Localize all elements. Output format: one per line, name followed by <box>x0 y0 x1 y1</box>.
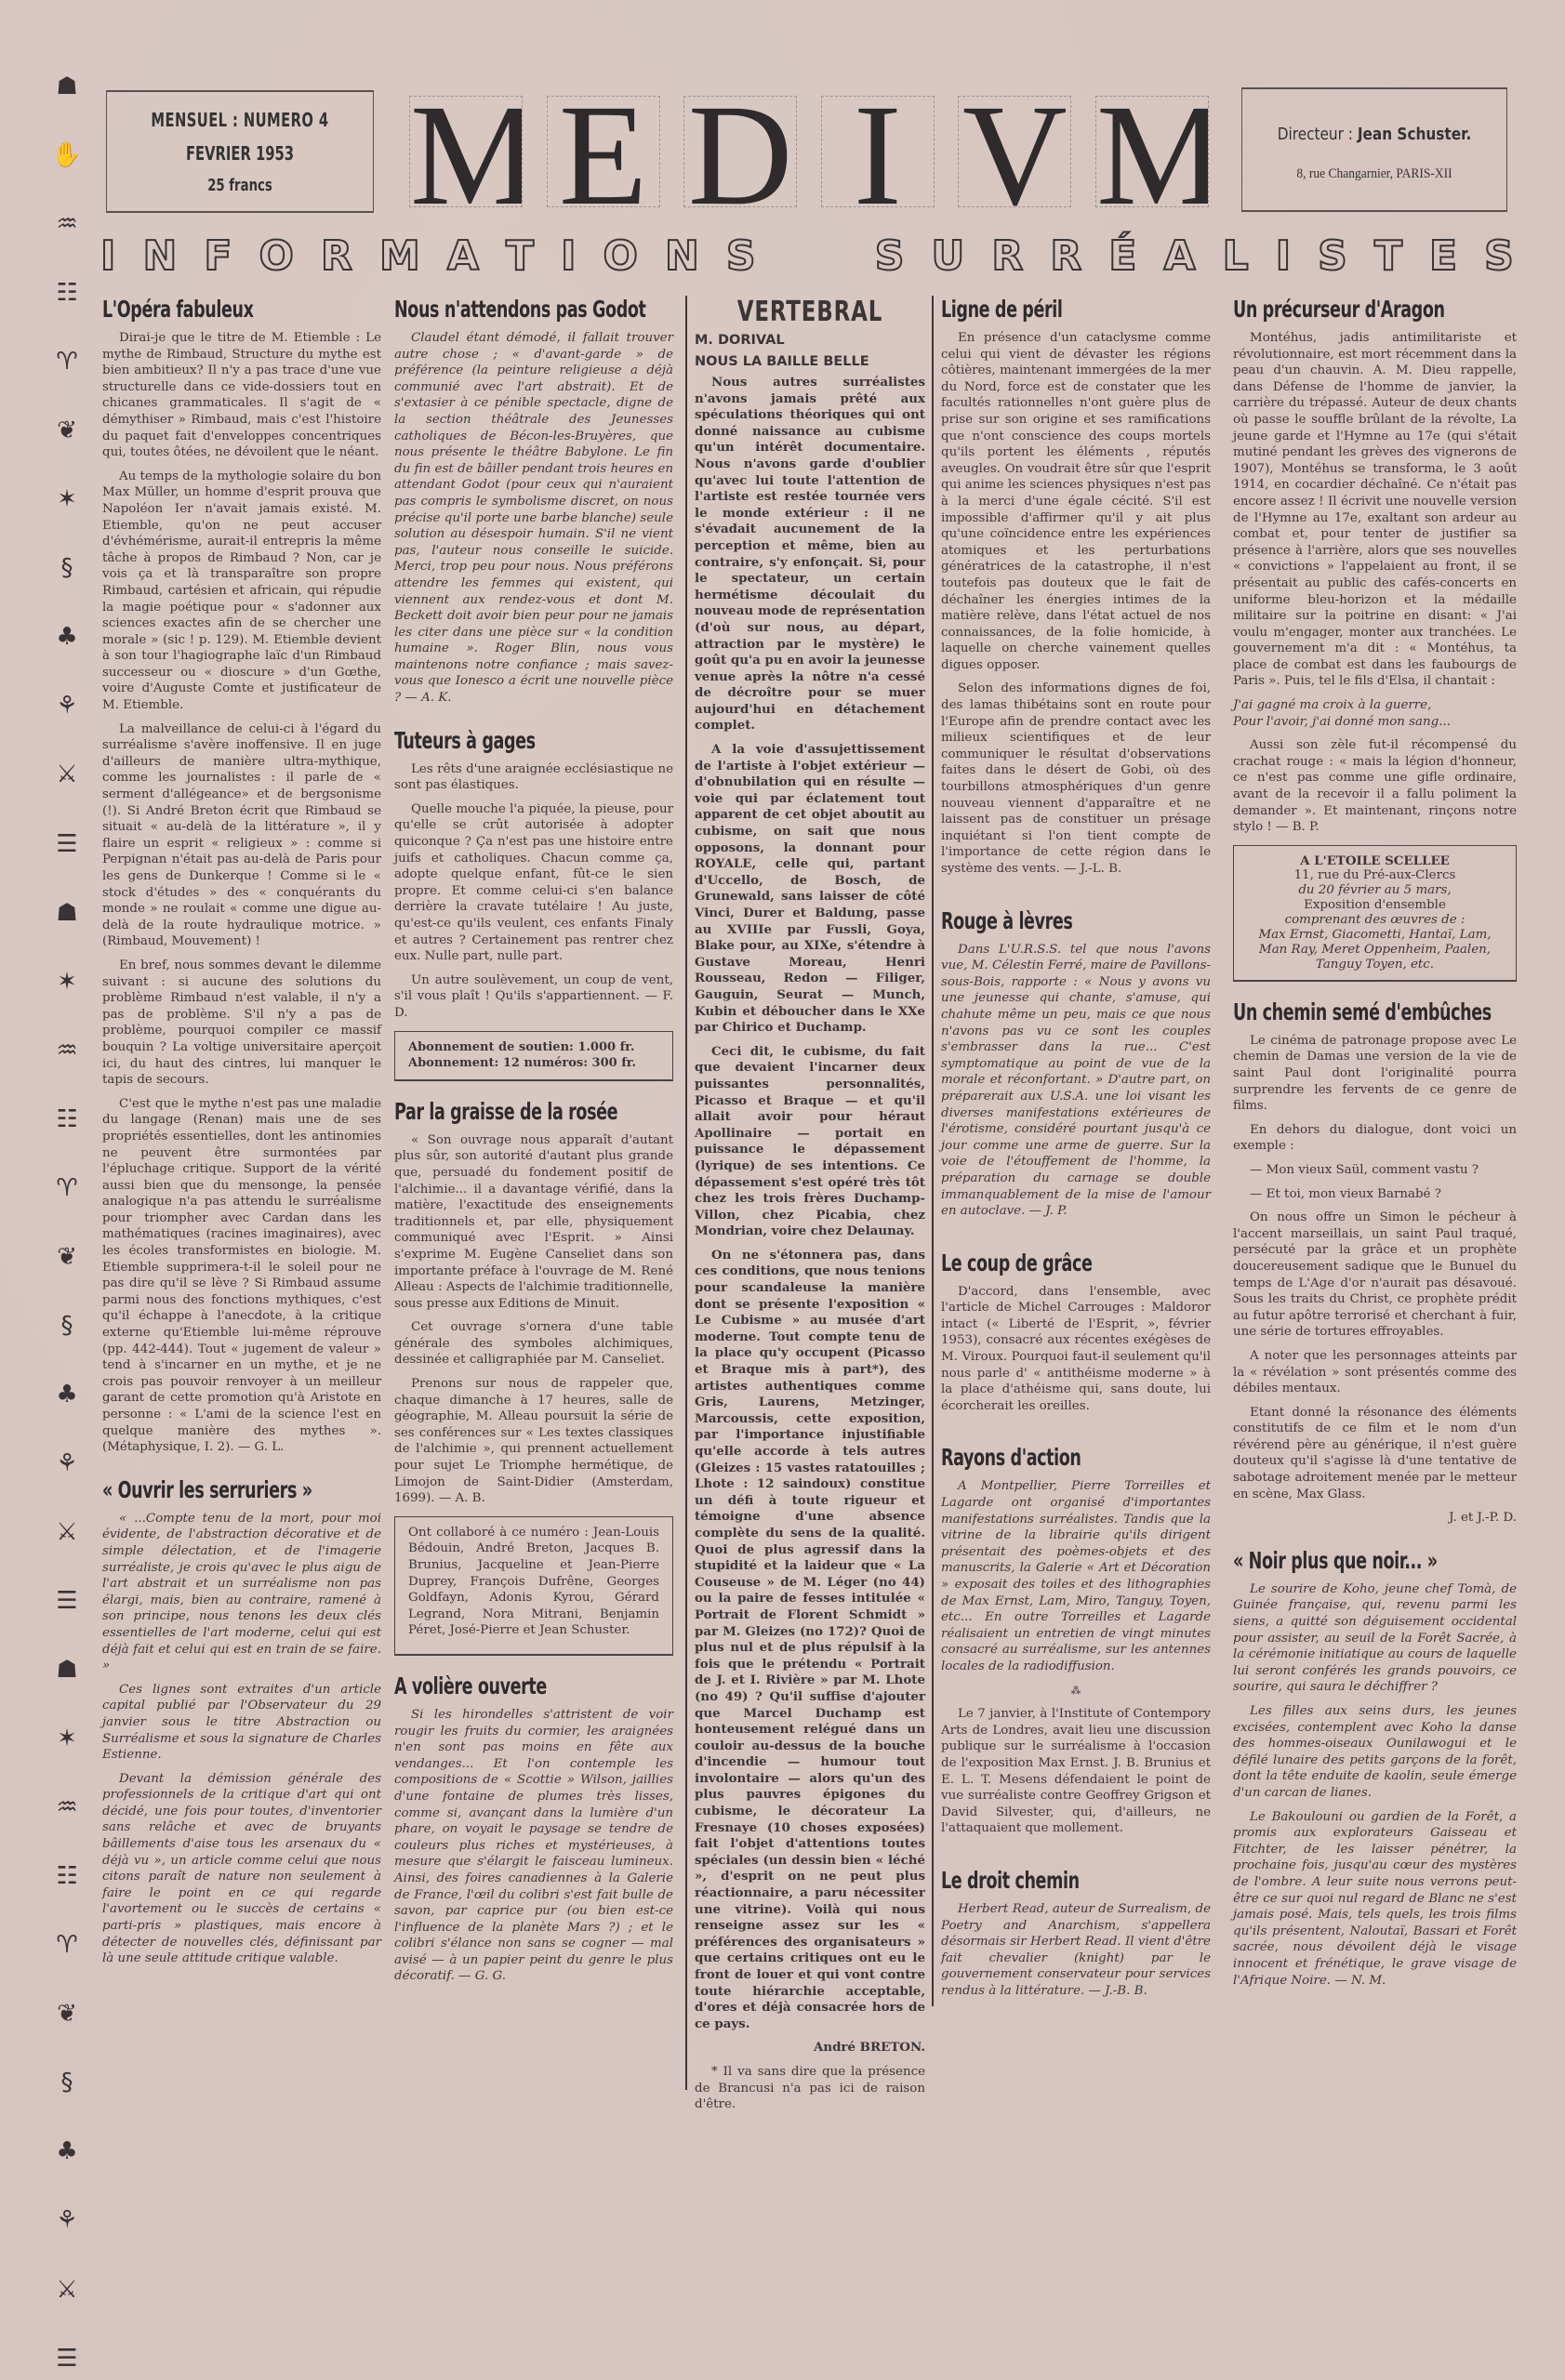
issue-info-box: MENSUEL : NUMERO 4 FEVRIER 1953 25 franc… <box>106 90 374 213</box>
snake-icon: § <box>61 2070 73 2095</box>
paragraph: Le Bakoulouni ou gardien de la Forêt, a … <box>1233 1809 1517 1990</box>
article-body: Si les hirondelles s'attristent de voir … <box>394 1707 673 1985</box>
signature: J. et J.-P. D. <box>1233 1510 1517 1527</box>
subtitle-letter: R <box>991 232 1023 280</box>
article-body: Le cinéma de patronage propose avec Le c… <box>1233 1033 1517 1502</box>
subtitle-letter: E <box>1429 232 1457 280</box>
fish-icon: ♒ <box>56 212 77 236</box>
asterism-separator: ⁂ <box>941 1683 1211 1699</box>
horn-icon: ♈ <box>56 1176 77 1200</box>
paragraph: Ceci dit, le cubisme, du fait que devaie… <box>695 1044 925 1240</box>
paragraph: Herbert Read, auteur de Surrealism, de P… <box>941 1901 1211 2000</box>
column-divider <box>932 296 934 2006</box>
subtitle-letter: L <box>1223 232 1249 280</box>
subtitle-letter: S <box>875 232 905 280</box>
comb-icon: ☰ <box>56 832 77 856</box>
article-subtitle: NOUS LA BAILLE BELLE <box>695 353 925 371</box>
signature: André BRETON. <box>695 2040 925 2056</box>
logo-letter: M <box>1095 96 1209 207</box>
paragraph: Etant donné la résonance des éléments co… <box>1233 1405 1517 1503</box>
subscription-regular: Abonnement: 12 numéros: 300 fr. <box>408 1055 659 1072</box>
medium-logo: M E D I V M <box>409 93 1209 209</box>
exhibition-address: 11, rue du Pré-aux-Clercs <box>1247 868 1503 883</box>
article-body: Herbert Read, auteur de Surrealism, de P… <box>941 1901 1211 2000</box>
logo-letter: I <box>821 96 935 207</box>
building-icon: ☷ <box>56 1864 77 1888</box>
subtitle-letter: N <box>142 232 177 280</box>
comb-icon: ☰ <box>56 1589 77 1613</box>
shell-icon: ❦ <box>57 1245 77 1269</box>
building-icon: ☷ <box>56 281 77 305</box>
snake-icon: § <box>61 556 73 580</box>
subtitle-letter: É <box>1108 232 1136 280</box>
paragraph: A Montpellier, Pierre Torreilles et Laga… <box>941 1478 1211 1674</box>
horn-icon: ♈ <box>56 1933 77 1957</box>
article-body: Dirai-je que le titre de M. Etiemble : L… <box>102 330 381 1456</box>
article-title: Ligne de péril <box>941 296 1151 323</box>
article-body: Les rêts d'une araignée ecclésiastique n… <box>394 761 673 1022</box>
paragraph: Le cinéma de patronage propose avec Le c… <box>1233 1033 1517 1115</box>
subtitle-letter: R <box>1050 232 1081 280</box>
article-subtitle: M. DORIVAL <box>695 332 925 350</box>
subtitle-letter: T <box>1374 232 1402 280</box>
paragraph: Les filles aux seins durs, les jeunes ex… <box>1233 1703 1517 1802</box>
director-name: Jean Schuster. <box>1358 125 1471 144</box>
logo-letter: E <box>547 96 660 207</box>
paragraph: Nous autres surréalistes n'avons jamais … <box>695 375 925 734</box>
subtitle-letter: T <box>506 232 534 280</box>
star-icon: ✶ <box>57 487 77 511</box>
tree-icon: ♣ <box>56 1382 77 1407</box>
paragraph: La malveillance de celui-ci à l'égard du… <box>102 721 381 950</box>
paragraph: Claudel étant démodé, il fallait trouver… <box>394 330 673 707</box>
subtitle-letter: A <box>1163 232 1195 280</box>
article-body: Nous autres surréalistes n'avons jamais … <box>695 375 925 2032</box>
article-title: Rouge à lèvres <box>941 907 1151 934</box>
subtitle-letter: N <box>665 232 699 280</box>
newspaper-page: ☗ ✋ ♒ ☷ ♈ ❦ ✶ § ♣ ⚘ ⚔ ☰ ☗ ✶ ♒ ☷ ♈ ❦ § ♣ … <box>0 0 1565 2380</box>
paragraph: « Son ouvrage nous apparaît d'autant plu… <box>394 1132 673 1313</box>
paragraph: A la voie d'assujettissement de l'artist… <box>695 742 925 1037</box>
article-title: Un chemin semé d'embûches <box>1233 998 1454 1025</box>
paragraph: Montéhus, jadis antimilitariste et révol… <box>1233 330 1517 690</box>
paragraph: Le sourire de Koho, jeune chef Tomà, de … <box>1233 1581 1517 1696</box>
article-title: Par la graisse de la rosée <box>394 1098 612 1125</box>
article-body: Dans L'U.R.S.S. tel que nous l'avons vue… <box>941 942 1211 1220</box>
logo-letter: M <box>409 96 523 207</box>
subtitle-letter: F <box>204 232 232 280</box>
paragraph: Devant la démission générale des profess… <box>102 1771 381 1967</box>
tree-icon: ♣ <box>56 625 77 649</box>
logo-letter: D <box>683 96 797 207</box>
subtitle-letter: M <box>379 232 420 280</box>
snake-icon: § <box>61 1314 73 1338</box>
article-title: « Noir plus que noir... » <box>1233 1547 1454 1574</box>
paragraph: En bref, nous sommes devant le dilemme s… <box>102 958 381 1089</box>
exhibition-type: Exposition d'ensemble <box>1247 898 1503 913</box>
article-title: Le coup de grâce <box>941 1249 1151 1276</box>
paragraph: Les rêts d'une araignée ecclésiastique n… <box>394 761 673 794</box>
article-title: Un précurseur d'Aragon <box>1233 296 1454 323</box>
paragraph: On nous offre un Simon le pécheur à l'ac… <box>1233 1210 1517 1341</box>
issue-number: MENSUEL : NUMERO 4 <box>131 109 350 131</box>
address: 8, rue Changarnier, PARIS-XII <box>1255 166 1493 182</box>
column-5: Un précurseur d'Aragon Montéhus, jadis a… <box>1233 296 1517 1996</box>
subtitle-letter: S <box>726 232 756 280</box>
director-box: Directeur : Jean Schuster. 8, rue Changa… <box>1241 87 1507 212</box>
column-divider <box>685 296 687 2090</box>
article-body: D'accord, dans l'ensemble, avec l'articl… <box>941 1284 1211 1415</box>
article-title: A volière ouverte <box>394 1673 612 1699</box>
subtitle-letter: S <box>1484 232 1514 280</box>
paragraph: Prenons sur nous de rappeler que, chaque… <box>394 1376 673 1507</box>
article-body: Le sourire de Koho, jeune chef Tomà, de … <box>1233 1581 1517 1989</box>
verse-line: Pour l'avoir, j'ai donné mon sang... <box>1233 714 1517 731</box>
star-icon: ✶ <box>57 1726 77 1751</box>
article-title: VERTEBRAL <box>712 296 908 328</box>
paragraph: Cet ouvrage s'ornera d'une table général… <box>394 1319 673 1368</box>
column-2: Nous n'attendons pas Godot Claudel étant… <box>394 296 673 1992</box>
exhibition-intro: comprenant des œuvres de : <box>1247 913 1503 928</box>
mask-icon: ☗ <box>56 1658 77 1682</box>
paragraph: Dans L'U.R.S.S. tel que nous l'avons vue… <box>941 942 1211 1220</box>
paragraph: En dehors du dialogue, dont voici un exe… <box>1233 1122 1517 1155</box>
logo-letter: V <box>958 96 1071 207</box>
fish-icon: ♒ <box>56 1038 77 1063</box>
article-title: Rayons d'action <box>941 1444 1151 1471</box>
issue-date: FEVRIER 1953 <box>131 142 350 165</box>
paragraph: D'accord, dans l'ensemble, avec l'articl… <box>941 1284 1211 1415</box>
article-body: « ...Compte tenu de la mort, pour moi év… <box>102 1511 381 1967</box>
subscription-box: Abonnement de soutien: 1.000 fr. Abonnem… <box>394 1031 673 1081</box>
paragraph: Aussi son zèle fut-il récompensé du crac… <box>1233 737 1517 836</box>
exhibition-artists: Max Ernst, Giacometti, Hantaï, Lam, Man … <box>1247 928 1503 972</box>
paragraph: En présence d'un cataclysme comme celui … <box>941 330 1211 673</box>
paragraph: Un autre soulèvement, un coup de vent, s… <box>394 972 673 1022</box>
tree-icon: ♣ <box>56 2139 77 2163</box>
paragraph: Le 7 janvier, à l'Institute of Contempor… <box>941 1706 1211 1837</box>
paragraph: Si les hirondelles s'attristent de voir … <box>394 1707 673 1985</box>
mask-icon: ☗ <box>56 74 77 99</box>
fish-icon: ♒ <box>56 1795 77 1819</box>
subtitle-letter: I <box>1276 232 1291 280</box>
column-1: L'Opéra fabuleux Dirai-je que le titre d… <box>102 296 381 1975</box>
knife-icon: ⚔ <box>56 762 77 787</box>
subtitle-letter: S <box>1318 232 1347 280</box>
subtitle-letter: I <box>100 232 115 280</box>
subtitle-letter: U <box>932 232 965 280</box>
horn-icon: ♈ <box>56 350 77 374</box>
subtitle-letter: A <box>447 232 479 280</box>
bird-icon: ⚘ <box>56 694 77 718</box>
bird-icon: ⚘ <box>56 1451 77 1475</box>
hand-icon: ✋ <box>52 143 82 167</box>
footnote: * Il va sans dire que la présence de Bra… <box>695 2064 925 2113</box>
star-icon: ✶ <box>57 970 77 994</box>
building-icon: ☷ <box>56 1107 77 1131</box>
article-body: Claudel étant démodé, il fallait trouver… <box>394 330 673 707</box>
article-body: « Son ouvrage nous apparaît d'autant plu… <box>394 1132 673 1507</box>
paragraph: On ne s'étonnera pas, dans ces condition… <box>695 1248 925 2033</box>
article-title: Tuteurs à gages <box>394 727 612 754</box>
bird-icon: ⚘ <box>56 2208 77 2232</box>
article-title: L'Opéra fabuleux <box>102 296 320 323</box>
director-label: Directeur : <box>1278 125 1353 144</box>
mask-icon: ☗ <box>56 901 77 925</box>
subtitle-letter: R <box>321 232 352 280</box>
subtitle-letter: O <box>603 232 638 280</box>
paragraph: A noter que les personnages atteints par… <box>1233 1348 1517 1397</box>
subscription-support: Abonnement de soutien: 1.000 fr. <box>408 1039 659 1056</box>
paragraph: Dirai-je que le titre de M. Etiemble : L… <box>102 330 381 461</box>
exhibition-venue: A L'ETOILE SCELLEE <box>1247 853 1503 868</box>
article-body: En présence d'un cataclysme comme celui … <box>941 330 1211 878</box>
issue-price: 25 francs <box>131 176 350 195</box>
contributors-text: Ont collaboré à ce numéro : Jean-Louis B… <box>408 1525 659 1639</box>
paragraph: C'est que le mythe n'est pas une maladie… <box>102 1096 381 1456</box>
director-line: Directeur : Jean Schuster. <box>1262 125 1486 144</box>
knife-icon: ⚔ <box>56 2278 77 2302</box>
shell-icon: ❦ <box>57 2002 77 2026</box>
paragraph: Au temps de la mythologie solaire du bon… <box>102 469 381 714</box>
exhibition-dates: du 20 février au 5 mars, <box>1247 883 1503 898</box>
paragraph: Selon des informations dignes de foi, de… <box>941 681 1211 877</box>
subtitle-letter: I <box>561 232 576 280</box>
subtitle-banner: INFORMATIONSSURRÉALISTES <box>100 232 1514 280</box>
shell-icon: ❦ <box>57 418 77 443</box>
paragraph: Quelle mouche l'a piquée, la pieuse, pou… <box>394 801 673 965</box>
article-title: Nous n'attendons pas Godot <box>394 296 612 323</box>
article-body: Montéhus, jadis antimilitariste et révol… <box>1233 330 1517 690</box>
article-title: Le droit chemin <box>941 1867 1151 1894</box>
exhibition-box: A L'ETOILE SCELLEE 11, rue du Pré-aux-Cl… <box>1233 845 1517 982</box>
contributors-box: Ont collaboré à ce numéro : Jean-Louis B… <box>394 1516 673 1656</box>
paragraph: « ...Compte tenu de la mort, pour moi év… <box>102 1511 381 1674</box>
comb-icon: ☰ <box>56 2347 77 2371</box>
knife-icon: ⚔ <box>56 1520 77 1544</box>
article-title: « Ouvrir les serruriers » <box>102 1476 320 1503</box>
paragraph: Ces lignes sont extraites d'un article c… <box>102 1682 381 1764</box>
paragraph: — Mon vieux Saül, comment vastu ? <box>1233 1162 1517 1179</box>
verse-line: J'ai gagné ma croix à la guerre, <box>1233 697 1517 714</box>
margin-pictograms: ☗ ✋ ♒ ☷ ♈ ❦ ✶ § ♣ ⚘ ⚔ ☰ ☗ ✶ ♒ ☷ ♈ ❦ § ♣ … <box>48 74 86 2371</box>
column-4: Ligne de péril En présence d'un cataclys… <box>941 296 1211 2006</box>
column-3: VERTEBRAL M. DORIVAL NOUS LA BAILLE BELL… <box>695 296 925 2121</box>
paragraph: — Et toi, mon vieux Barnabé ? <box>1233 1186 1517 1203</box>
subtitle-letter: O <box>259 232 294 280</box>
